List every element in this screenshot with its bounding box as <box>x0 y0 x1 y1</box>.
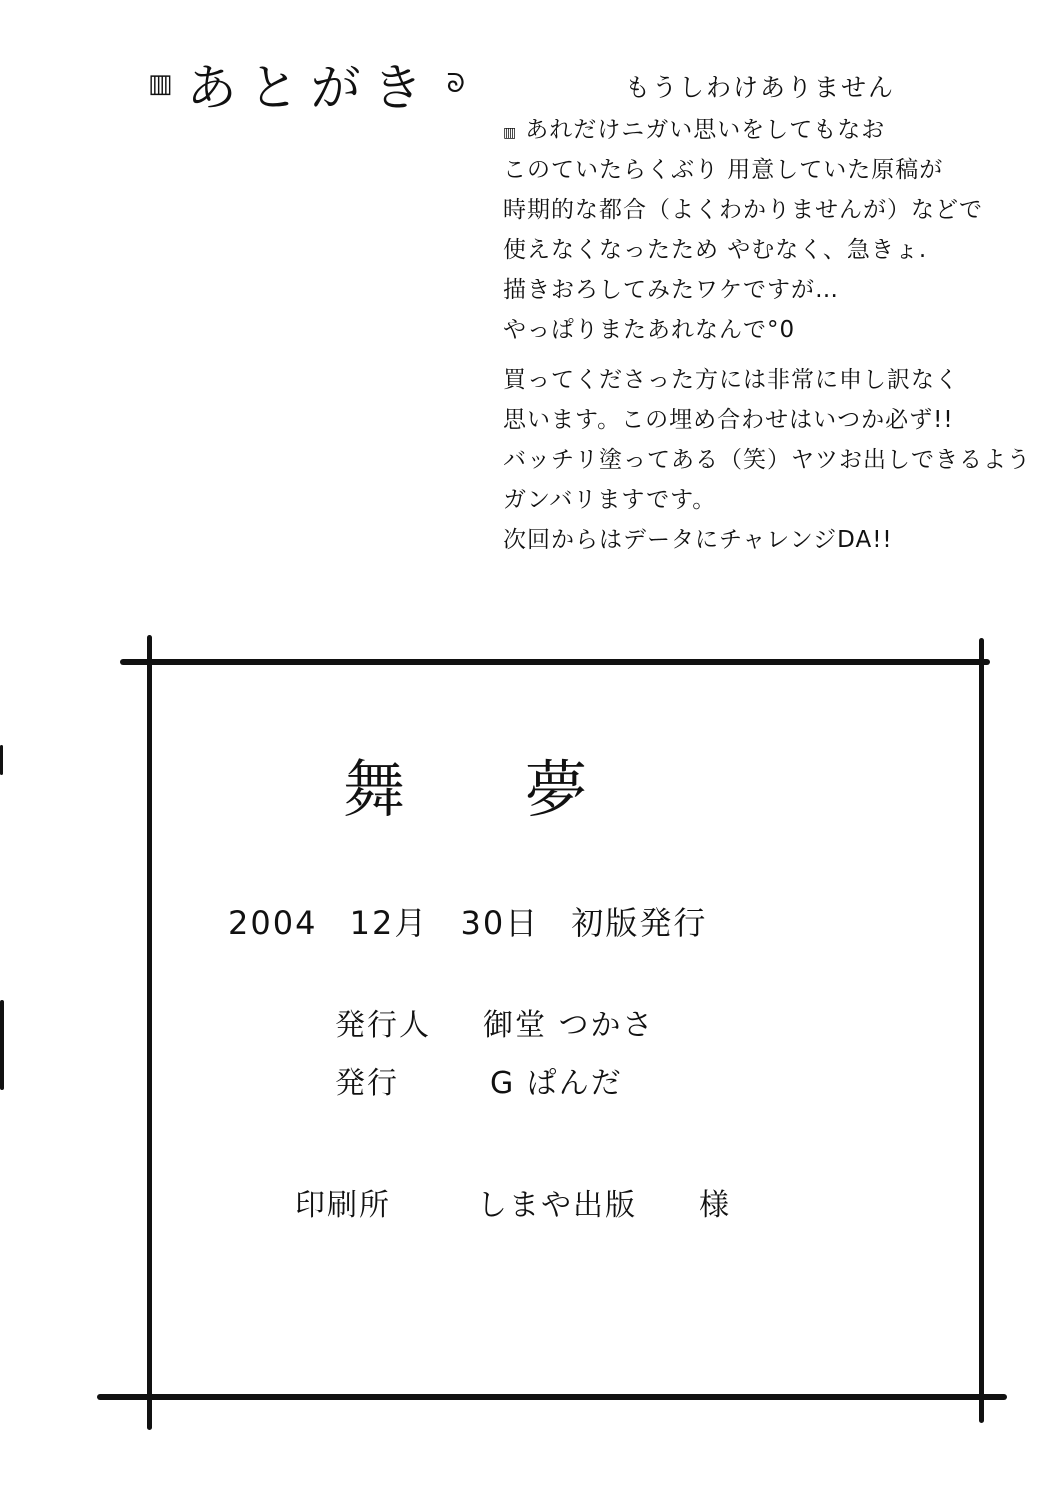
frame-bottom-line <box>97 1394 1007 1400</box>
scribble-bullet-icon: ▥ <box>503 125 517 141</box>
publication-date: 2004 12月 30日 初版発行 <box>228 898 707 944</box>
body-line: やっぱりまたあれなんで°0 <box>503 310 1023 350</box>
body-line: 時期的な都合（よくわかりませんが）などで <box>503 190 1023 230</box>
body-line-text: あれだけニガい思いをしてもなお <box>525 117 885 143</box>
body-line: ガンバリますです。 <box>503 480 1023 520</box>
body-line: 思います。この埋め合わせはいつか必ず!! <box>503 400 1023 440</box>
colophon-row-publisher: 発行 G ぱんだ <box>335 1058 623 1102</box>
scribble-mark-icon: ▥ <box>148 69 173 99</box>
body-line: 使えなくなったため やむなく、急きょ. <box>503 230 1023 270</box>
frame-top-line <box>120 659 990 665</box>
apology-text: もうしわけありません <box>625 68 895 104</box>
afterword-body: ▥あれだけニガい思いをしてもなお このていたらくぶり 用意していた原稿が 時期的… <box>503 110 1023 560</box>
body-line: 買ってくださった方には非常に申し訳なく <box>503 360 1023 400</box>
afterword-title: あとがき <box>187 48 435 120</box>
row-value: しまや出版 <box>477 1180 637 1224</box>
body-line: 次回からはデータにチャレンジDA!! <box>503 520 1023 560</box>
frame-left-line <box>147 635 152 1430</box>
body-line: バッチリ塗ってある（笑）ヤツお出しできるよう <box>503 440 1023 480</box>
colophon-row-printer: 印刷所 しまや出版 様 <box>295 1180 731 1224</box>
scan-edge-mark <box>0 745 3 775</box>
afterword-heading: ▥ あとがき ᘐ <box>148 48 465 120</box>
book-title: 舞夢 <box>343 740 707 829</box>
colophon-row-publisher-person: 発行人 御堂 つかさ <box>335 1000 655 1044</box>
body-line: 描きおろしてみたワケですが… <box>503 270 1023 310</box>
row-label: 印刷所 <box>295 1180 477 1224</box>
scan-edge-mark <box>0 1000 4 1090</box>
frame-right-line <box>979 638 984 1423</box>
row-value: G ぱんだ <box>490 1058 623 1102</box>
scribble-mark-icon: ᘐ <box>447 69 465 100</box>
body-line: ▥あれだけニガい思いをしてもなお <box>503 110 1023 150</box>
row-label: 発行 <box>335 1058 490 1102</box>
row-value: 御堂 つかさ <box>483 1000 655 1044</box>
row-honorific: 様 <box>699 1180 731 1224</box>
body-line: このていたらくぶり 用意していた原稿が <box>503 150 1023 190</box>
row-label: 発行人 <box>335 1000 483 1044</box>
